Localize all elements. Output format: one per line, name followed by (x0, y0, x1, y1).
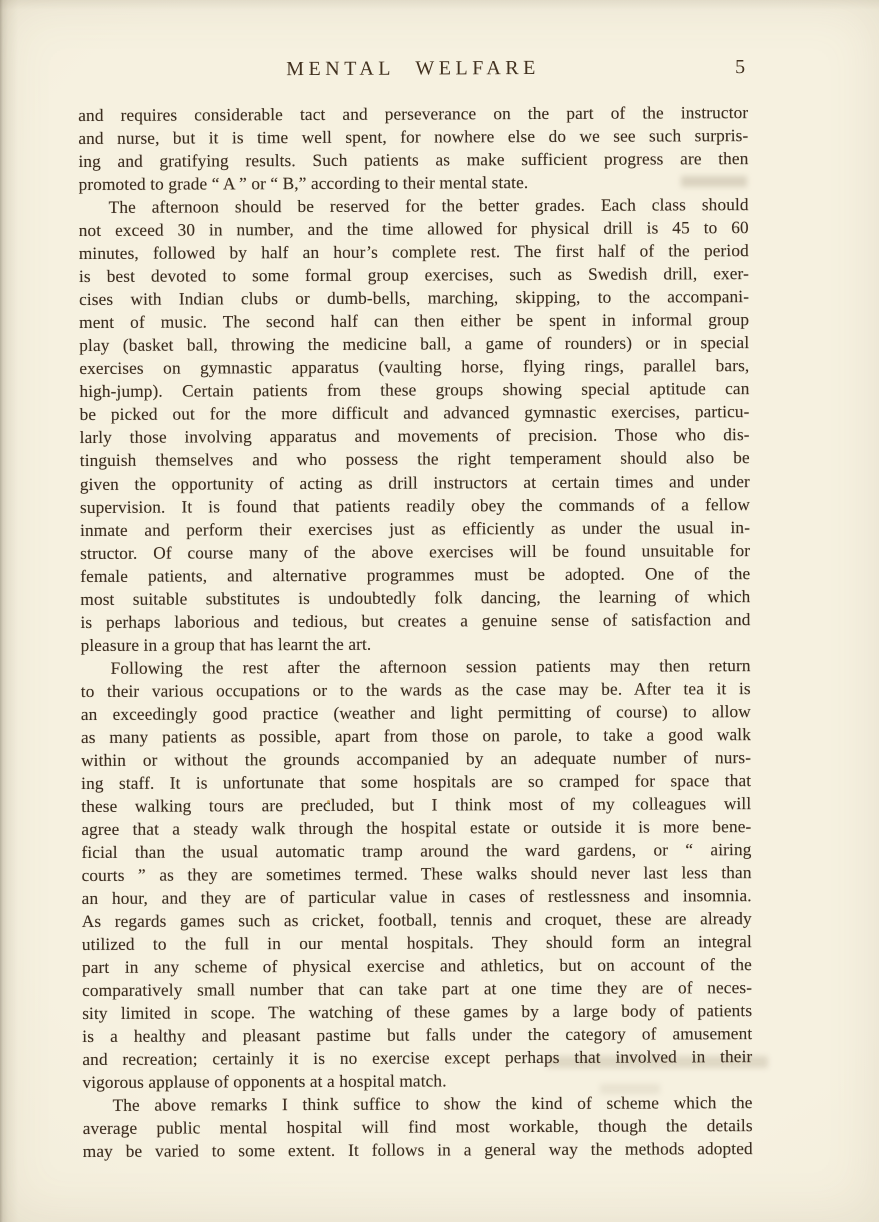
text-line: tinguish themselves and who possess the … (80, 447, 750, 473)
text-line: ment of music. The second half can then … (79, 308, 749, 334)
text-line: ficial than the usual automatic tramp ar… (81, 838, 751, 864)
text-line: ing and gratifying results. Such patient… (78, 147, 748, 173)
text-line: may be varied to some extent. It follows… (83, 1137, 753, 1163)
text-line: larly those involving apparatus and move… (80, 424, 750, 450)
text-line: not exceed 30 in number, and the time al… (79, 216, 749, 242)
text-line: As regards games such as cricket, footba… (82, 907, 752, 933)
text-line: as many patients as possible, apart from… (81, 723, 751, 749)
text-line: inmate and perform their exercises just … (80, 516, 750, 542)
text-line: exercises on gymnastic apparatus (vaulti… (79, 354, 749, 380)
text-line: minutes, followed by half an hour’s comp… (79, 239, 749, 265)
book-page: MENTAL WELFARE 5 and requires considerab… (0, 0, 879, 1222)
text-line: promoted to grade “ A ” or “ B,” accordi… (78, 170, 748, 196)
text-line: sity limited in scope. The watching of t… (82, 999, 752, 1025)
text-line: The above remarks I think suffice to sho… (83, 1091, 753, 1117)
text-line: and requires considerable tact and perse… (78, 101, 748, 127)
text-line: and recreation; certainly it is no exerc… (82, 1045, 752, 1071)
text-line: average public mental hospital will find… (83, 1114, 753, 1140)
paragraph: Following the rest after the afternoon s… (81, 654, 753, 1095)
text-line: given the opportunity of acting as drill… (80, 470, 750, 496)
text-line: high-jump). Certain patients from these … (79, 377, 749, 403)
text-line: an exceedingly good practice (weather an… (81, 700, 751, 726)
page-number: 5 (735, 56, 745, 79)
text-line: and nurse, but it is time well spent, fo… (78, 124, 748, 150)
running-head: MENTAL WELFARE 5 (78, 56, 748, 104)
text-line: these walking tours are precluded, but I… (81, 792, 751, 818)
paragraph: The above remarks I think suffice to sho… (83, 1091, 753, 1163)
text-line: is a healthy and pleasant pastime but fa… (82, 1022, 752, 1048)
text-line: Following the rest after the afternoon s… (81, 654, 751, 680)
text-line: play (basket ball, throwing the medicine… (79, 331, 749, 357)
text-line: be picked out for the more difficult and… (80, 400, 750, 426)
text-line: utilized to the full in our mental hospi… (82, 930, 752, 956)
text-line: supervision. It is found that patients r… (80, 493, 750, 519)
text-line: cises with Indian clubs or dumb-bells, m… (79, 285, 749, 311)
text-line: agree that a steady walk through the hos… (81, 815, 751, 841)
body-text: and requires considerable tact and perse… (78, 101, 753, 1163)
text-line: pleasure in a group that has learnt the … (81, 631, 751, 657)
page-content: MENTAL WELFARE 5 and requires considerab… (78, 56, 753, 1163)
text-line: comparatively small number that can take… (82, 976, 752, 1002)
text-line: courts ” as they are sometimes termed. T… (82, 861, 752, 887)
text-line: within or without the grounds accompanie… (81, 746, 751, 772)
text-line: is perhaps laborious and tedious, but cr… (80, 608, 750, 634)
paragraph: and requires considerable tact and perse… (78, 101, 748, 196)
text-line: The afternoon should be reserved for the… (79, 193, 749, 219)
text-line: structor. Of course many of the above ex… (80, 539, 750, 565)
text-line: to their various occupations or to the w… (81, 677, 751, 703)
page-title: MENTAL WELFARE (78, 56, 748, 82)
text-line: female patients, and alternative program… (80, 562, 750, 588)
text-line: an hour, and they are of particular valu… (82, 884, 752, 910)
text-line: vigorous applause of opponents at a hosp… (82, 1068, 752, 1094)
text-line: is best devoted to some formal group exe… (79, 262, 749, 288)
text-line: part in any scheme of physical exercise … (82, 953, 752, 979)
text-line: ing staff. It is unfortunate that some h… (81, 769, 751, 795)
paragraph: The afternoon should be reserved for the… (79, 193, 751, 657)
text-line: most suitable substitutes is undoubtedly… (80, 585, 750, 611)
